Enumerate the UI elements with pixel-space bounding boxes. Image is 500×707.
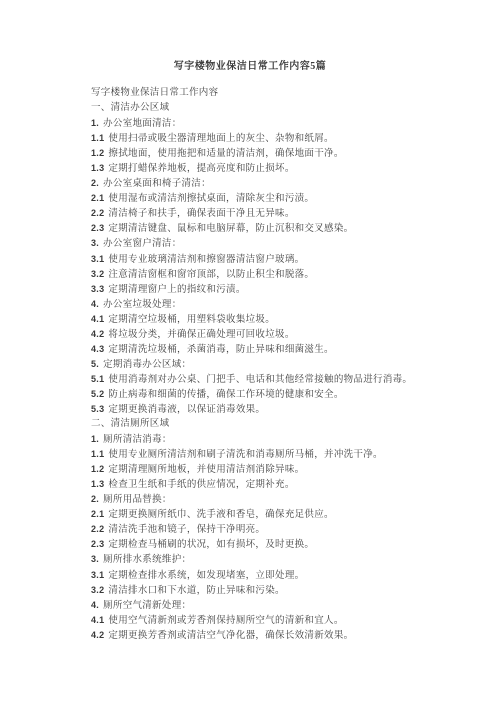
line-text: 检查卫生纸和手纸的供应情况，定期补充。 <box>108 480 294 490</box>
line-number: 4.2 <box>91 630 104 640</box>
document-line: 1.厕所清洁消毒： <box>91 432 460 447</box>
line-number: 2. <box>91 494 99 504</box>
document-line: 5.3定期更换消毒液，以保证消毒效果。 <box>91 402 460 417</box>
line-number: 2.2 <box>91 208 104 218</box>
document-line: 1.3定期打蜡保养地板，提高亮度和防止损坏。 <box>91 161 460 176</box>
line-number: 2.1 <box>91 509 104 519</box>
document-line: 4.1使用空气清新剂或芳香剂保持厕所空气的清新和宜人。 <box>91 613 460 628</box>
line-text: 将垃圾分类，并确保正确处理可回收垃圾。 <box>108 330 294 340</box>
line-text: 厕所清洁消毒： <box>103 435 172 445</box>
line-number: 2.3 <box>91 539 104 549</box>
line-number: 5.1 <box>91 374 104 384</box>
document-line: 写字楼物业保洁日常工作内容 <box>91 86 460 101</box>
document-body: 写字楼物业保洁日常工作内容一、清洁办公区域1.办公室地面清洁：1.1使用扫帚或吸… <box>91 86 460 643</box>
document-line: 一、清洁办公区域 <box>91 101 460 116</box>
line-text: 厕所空气清新处理： <box>103 601 191 611</box>
line-number: 1.1 <box>91 133 104 143</box>
line-number: 3.2 <box>91 585 104 595</box>
line-text: 定期清洗垃圾桶，杀菌消毒，防止异味和细菌滋生。 <box>108 345 333 355</box>
document-line: 2.1使用湿布或清洁剂擦拭桌面，清除灰尘和污渍。 <box>91 191 460 206</box>
document-line: 3.办公室窗户清洁： <box>91 236 460 251</box>
line-text: 一、清洁办公区域 <box>91 103 169 113</box>
document-line: 1.1使用扫帚或吸尘器清理地面上的灰尘、杂物和纸屑。 <box>91 131 460 146</box>
document-line: 1.办公室地面清洁： <box>91 116 460 131</box>
line-number: 1. <box>91 118 99 128</box>
line-text: 定期清理窗户上的指纹和污渍。 <box>108 285 245 295</box>
line-text: 厕所用品替换： <box>103 495 172 505</box>
line-number: 5.3 <box>91 404 104 414</box>
line-text: 使用专业厕所清洁剂和刷子清洗和消毒厕所马桶，并冲洗干净。 <box>108 450 382 460</box>
line-text: 厕所排水系统维护： <box>103 555 191 565</box>
line-text: 定期打蜡保养地板，提高亮度和防止损坏。 <box>108 164 294 174</box>
document-line: 5.定期消毒办公区域： <box>91 357 460 372</box>
line-text: 办公室垃圾处理： <box>103 300 181 310</box>
document-line: 2.办公室桌面和椅子清洁： <box>91 176 460 191</box>
document-line: 4.3定期清洗垃圾桶，杀菌消毒，防止异味和细菌滋生。 <box>91 342 460 357</box>
line-number: 3.3 <box>91 284 104 294</box>
document-line: 3.厕所排水系统维护： <box>91 552 460 567</box>
line-text: 办公室地面清洁： <box>103 119 181 129</box>
line-number: 4.1 <box>91 314 104 324</box>
line-text: 办公室窗户清洁： <box>103 239 181 249</box>
document-line: 1.1使用专业厕所清洁剂和刷子清洗和消毒厕所马桶，并冲洗干净。 <box>91 447 460 462</box>
line-text: 清洁椅子和扶手，确保表面干净且无异味。 <box>108 209 294 219</box>
line-number: 3. <box>91 554 99 564</box>
document-line: 2.3定期检查马桶刷的状况，如有损坏，及时更换。 <box>91 537 460 552</box>
line-number: 3.1 <box>91 254 104 264</box>
line-number: 1.3 <box>91 479 104 489</box>
line-text: 定期更换厕所纸巾、洗手液和香皂，确保充足供应。 <box>108 510 333 520</box>
document-line: 2.2清洁椅子和扶手，确保表面干净且无异味。 <box>91 206 460 221</box>
line-text: 使用空气清新剂或芳香剂保持厕所空气的清新和宜人。 <box>108 616 343 626</box>
line-number: 1. <box>91 434 99 444</box>
line-number: 4.1 <box>91 615 104 625</box>
line-number: 3.2 <box>91 269 104 279</box>
document-page: 写字楼物业保洁日常工作内容5篇 写字楼物业保洁日常工作内容一、清洁办公区域1.办… <box>0 0 500 707</box>
document-line: 1.3检查卫生纸和手纸的供应情况，定期补充。 <box>91 477 460 492</box>
document-line: 3.1使用专业玻璃清洁剂和擦窗器清洁窗户玻璃。 <box>91 252 460 267</box>
line-number: 1.1 <box>91 449 104 459</box>
line-text: 定期检查排水系统，如发现堵塞，立即处理。 <box>108 571 304 581</box>
line-number: 3. <box>91 238 99 248</box>
line-text: 定期更换消毒液，以保证消毒效果。 <box>108 405 265 415</box>
document-line: 1.2擦拭地面，使用拖把和适量的清洁剂，确保地面干净。 <box>91 146 460 161</box>
document-line: 2.1定期更换厕所纸巾、洗手液和香皂，确保充足供应。 <box>91 507 460 522</box>
line-number: 2.3 <box>91 223 104 233</box>
line-text: 定期检查马桶刷的状况，如有损坏，及时更换。 <box>108 540 314 550</box>
document-line: 4.厕所空气清新处理： <box>91 598 460 613</box>
line-text: 清洁洗手池和镜子，保持干净明亮。 <box>108 525 265 535</box>
line-text: 定期清空垃圾桶，用塑料袋收集垃圾。 <box>108 315 275 325</box>
document-line: 4.办公室垃圾处理： <box>91 297 460 312</box>
document-line: 4.1定期清空垃圾桶，用塑料袋收集垃圾。 <box>91 312 460 327</box>
line-number: 4.2 <box>91 329 104 339</box>
line-text: 防止病毒和细菌的传播，确保工作环境的健康和安全。 <box>108 390 343 400</box>
document-line: 2.3定期清洁键盘、鼠标和电脑屏幕，防止沉积和交叉感染。 <box>91 221 460 236</box>
line-text: 使用扫帚或吸尘器清理地面上的灰尘、杂物和纸屑。 <box>108 134 333 144</box>
document-line: 4.2定期更换芳香剂或清洁空气净化器，确保长效清新效果。 <box>91 628 460 643</box>
document-line: 3.1定期检查排水系统，如发现堵塞，立即处理。 <box>91 568 460 583</box>
line-number: 3.1 <box>91 570 104 580</box>
line-number: 4. <box>91 299 99 309</box>
document-line: 5.1使用消毒剂对办公桌、门把手、电话和其他经常接触的物品进行消毒。 <box>91 372 460 387</box>
document-line: 5.2防止病毒和细菌的传播，确保工作环境的健康和安全。 <box>91 387 460 402</box>
line-number: 5.2 <box>91 389 104 399</box>
line-text: 使用湿布或清洁剂擦拭桌面，清除灰尘和污渍。 <box>108 194 314 204</box>
line-text: 使用消毒剂对办公桌、门把手、电话和其他经常接触的物品进行消毒。 <box>108 375 412 385</box>
document-line: 3.2清洁排水口和下水道，防止异味和污染。 <box>91 583 460 598</box>
line-text: 定期消毒办公区域： <box>103 360 191 370</box>
line-text: 定期更换芳香剂或清洁空气净化器，确保长效清新效果。 <box>108 631 353 641</box>
document-line: 3.3定期清理窗户上的指纹和污渍。 <box>91 282 460 297</box>
line-text: 擦拭地面，使用拖把和适量的清洁剂，确保地面干净。 <box>108 149 343 159</box>
line-number: 1.2 <box>91 148 104 158</box>
document-line: 二、清洁厕所区域 <box>91 417 460 432</box>
document-line: 4.2将垃圾分类，并确保正确处理可回收垃圾。 <box>91 327 460 342</box>
line-number: 5. <box>91 359 99 369</box>
document-line: 2.2清洁洗手池和镜子，保持干净明亮。 <box>91 522 460 537</box>
document-line: 3.2注意清洁窗框和窗帘顶部，以防止积尘和脱落。 <box>91 267 460 282</box>
line-number: 2. <box>91 178 99 188</box>
document-line: 2.厕所用品替换： <box>91 492 460 507</box>
line-text: 注意清洁窗框和窗帘顶部，以防止积尘和脱落。 <box>108 270 314 280</box>
line-number: 4.3 <box>91 344 104 354</box>
line-number: 1.2 <box>91 464 104 474</box>
document-title: 写字楼物业保洁日常工作内容5篇 <box>0 57 500 72</box>
line-text: 使用专业玻璃清洁剂和擦窗器清洁窗户玻璃。 <box>108 255 304 265</box>
document-line: 1.2定期清理厕所地板，并使用清洁剂消除异味。 <box>91 462 460 477</box>
line-text: 二、清洁厕所区域 <box>91 419 169 429</box>
line-number: 2.2 <box>91 524 104 534</box>
line-text: 定期清理厕所地板，并使用清洁剂消除异味。 <box>108 465 304 475</box>
line-text: 写字楼物业保洁日常工作内容 <box>91 88 218 98</box>
line-number: 4. <box>91 600 99 610</box>
line-text: 定期清洁键盘、鼠标和电脑屏幕，防止沉积和交叉感染。 <box>108 224 353 234</box>
line-number: 2.1 <box>91 193 104 203</box>
line-number: 1.3 <box>91 163 104 173</box>
line-text: 清洁排水口和下水道，防止异味和污染。 <box>108 586 284 596</box>
line-text: 办公室桌面和椅子清洁： <box>103 179 211 189</box>
